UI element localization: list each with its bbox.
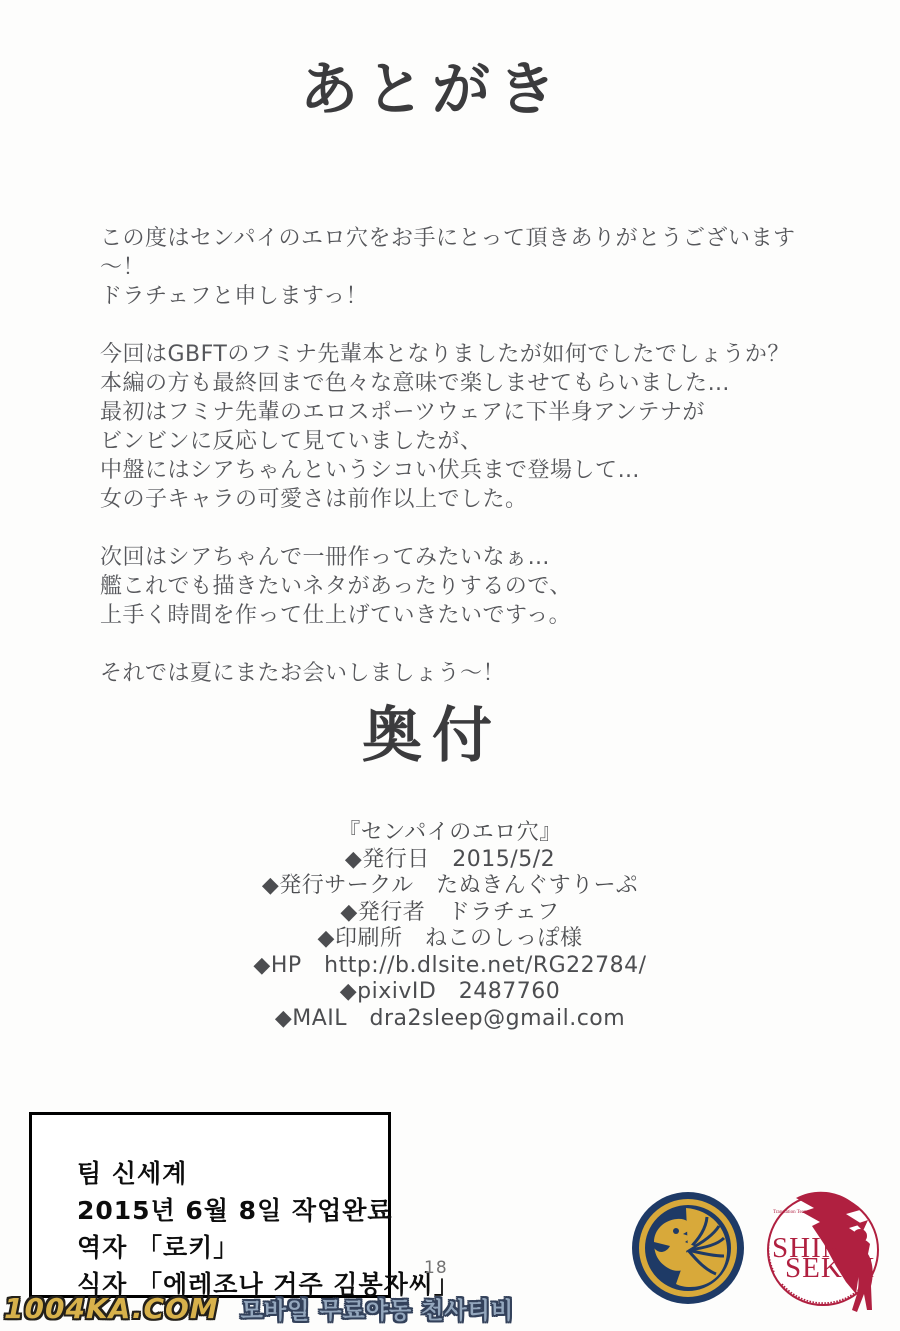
text-line: 今回はGBFTのフミナ先輩本となりましたが如何でしたでしょうか？ [100,340,820,369]
text-line: 本編の方も最終回まで色々な意味で楽しませてもらいました… [100,369,820,398]
text-line: 『センパイのエロ穴』 [0,820,900,847]
watermark-bar: 1004KA.COM모바일 무료야동 천사티비 [4,1292,514,1325]
text-line: この度はセンパイのエロ穴をお手にとって頂きありがとうございます～！ [100,224,820,282]
text-line: 上手く時間を作って仕上げていきたいですっ。 [100,601,820,630]
text-line: 次回はシアちゃんで一冊作ってみたいなぁ… [100,543,820,572]
text-line: ◆発行者 ドラチェフ [0,900,900,927]
text-line: 艦これでも描きたいネタがあったりするので、 [100,572,820,601]
afterword-title: あとがき [0,42,864,126]
text-line: ◆印刷所 ねこのしっぽ様 [0,926,900,953]
lion-emblem-logo [630,1190,746,1306]
watermark-site-text: 1004KA.COM [4,1292,219,1325]
text-line: ビンビンに反応して見ていましたが、 [100,427,820,456]
text-line: ◆HP http://b.dlsite.net/RG22784/ [0,953,900,980]
text-line: ◆発行日 2015/5/2 [0,847,900,874]
watermark-tagline-text: 모바일 무료야동 천사티비 [241,1298,514,1324]
shin-team-label: Translation Team [773,1210,808,1215]
text-line: ◆発行サークル たぬきんぐすりーぷ [0,873,900,900]
text-line: 女の子キャラの可愛さは前作以上でした。 [100,485,820,514]
colophon-title: 奥付 [0,688,864,774]
text-line: ドラチェフと申しますっ！ [100,282,820,311]
text-line [100,514,820,543]
colophon-details: 『センパイのエロ穴』◆発行日 2015/5/2◆発行サークル たぬきんぐすりーぷ… [0,820,900,1032]
afterword-body-text: この度はセンパイのエロ穴をお手にとって頂きありがとうございます～！ドラチェフと申… [100,224,820,688]
text-line: 最初はフミナ先輩のエロスポーツウェアに下半身アンテナが [100,398,820,427]
text-line [100,311,820,340]
text-line: それでは夏にまたお会いしましょう～！ [100,659,820,688]
translation-credit-box: 팀 신세계2015년 6월 8일 작업완료역자 「로키」식자 「에레조나 거주 … [29,1112,391,1298]
text-line: 역자 「로키」 [77,1229,460,1266]
doujin-afterword-page: あとがき この度はセンパイのエロ穴をお手にとって頂きありがとうございます～！ドラ… [0,0,900,1331]
text-line: 2015년 6월 8일 작업완료 [77,1192,460,1229]
text-line: 팀 신세계 [77,1155,460,1192]
text-line: 中盤にはシアちゃんというシコい伏兵まで登場して… [100,456,820,485]
translation-credit-lines: 팀 신세계2015년 6월 8일 작업완료역자 「로키」식자 「에레조나 거주 … [77,1155,460,1303]
text-line [100,630,820,659]
shin-sekai-logo: Translation Team SHIN SEKAI [756,1180,896,1325]
text-line: ◆pixivID 2487760 [0,979,900,1006]
text-line: ◆MAIL dra2sleep@gmail.com [0,1006,900,1033]
page-number: 18 [424,1258,448,1278]
